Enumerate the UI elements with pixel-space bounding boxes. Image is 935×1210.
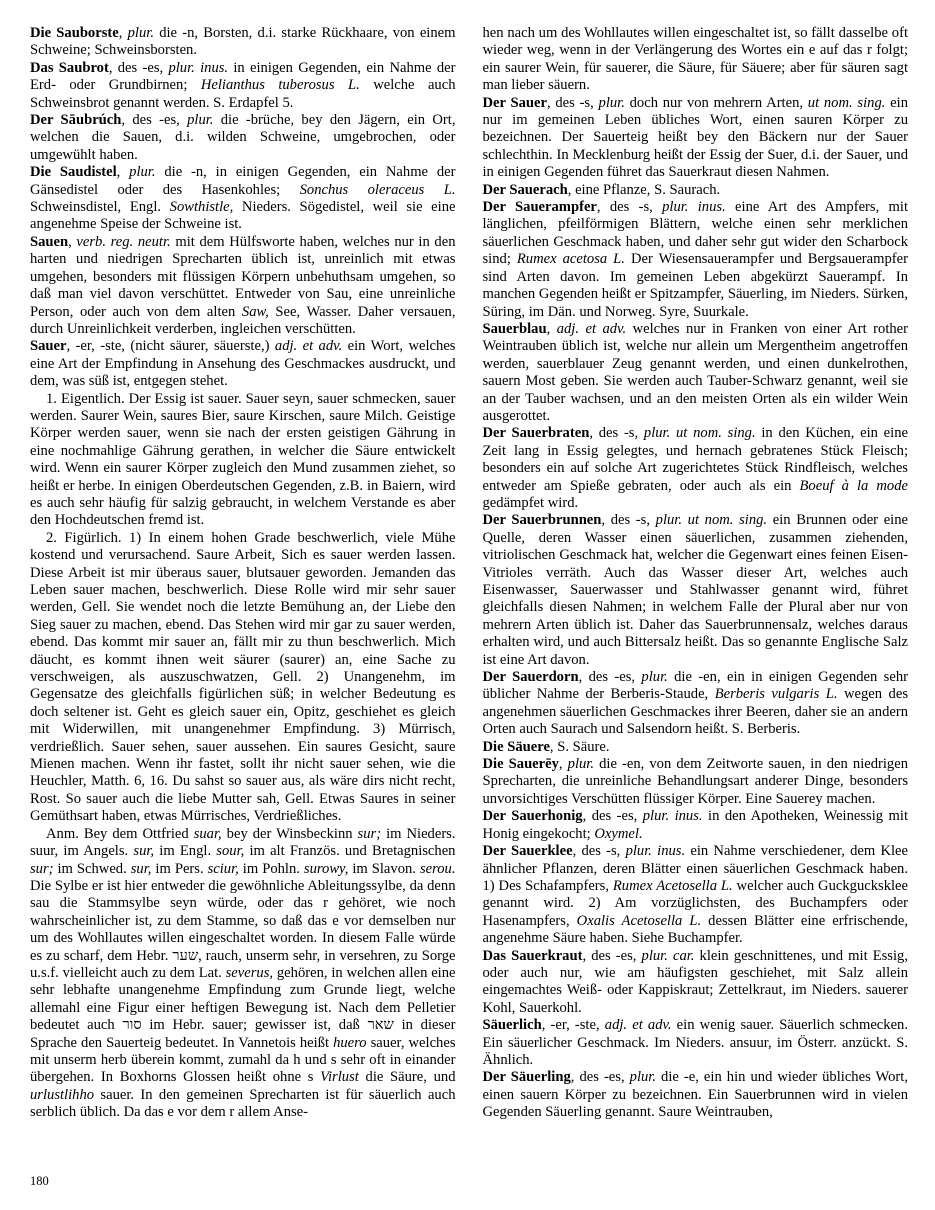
entry-sauer-anmerkung-continued: hen nach um des Wohllautes willen einges… bbox=[483, 25, 909, 95]
entry-sauerhonig: Der Sauerhonig, des -es, plur. inus. in … bbox=[483, 808, 909, 843]
entry-sauerklee: Der Sauerklee, des -s, plur. inus. ein N… bbox=[483, 843, 909, 947]
entry-sauer: Sauer, -er, -ste, (nicht säurer, säuerst… bbox=[30, 338, 456, 390]
entry-sauer-anmerkung: Anm. Bey dem Ottfried suar, bey der Wins… bbox=[30, 826, 456, 1122]
entry-sauerblau: Sauerblau, adj. et adv. welches nur in F… bbox=[483, 321, 909, 425]
entry-sauborste: Die Sauborste, plur. die -n, Borsten, d.… bbox=[30, 25, 456, 60]
entry-saeuerling: Der Säuerling, des -es, plur. die -e, ei… bbox=[483, 1069, 909, 1121]
entry-saubrot: Das Saubrot, des -es, plur. inus. in ein… bbox=[30, 60, 456, 112]
dictionary-page: Die Sauborste, plur. die -n, Borsten, d.… bbox=[0, 0, 935, 1210]
entry-sauer-sense-2: 2. Figürlich. 1) In einem hohen Grade be… bbox=[30, 530, 456, 826]
page-number: 180 bbox=[30, 1174, 49, 1188]
entry-sauerampfer: Der Sauerampfer, des -s, plur. inus. ein… bbox=[483, 199, 909, 321]
two-column-text-block: Die Sauborste, plur. die -n, Borsten, d.… bbox=[30, 25, 908, 1122]
entry-sauerdorn: Der Sauerdorn, des -es, plur. die -en, e… bbox=[483, 669, 909, 739]
entry-saubruch: Der Sāubrúch, des -es, plur. die -brüche… bbox=[30, 112, 456, 164]
entry-der-sauer: Der Sauer, des -s, plur. doch nur von me… bbox=[483, 95, 909, 182]
entry-sauerbrunnen: Der Sauerbrunnen, des -s, plur. ut nom. … bbox=[483, 512, 909, 669]
entry-sauen: Sauen, verb. reg. neutr. mit dem Hülfswo… bbox=[30, 234, 456, 338]
left-column: Die Sauborste, plur. die -n, Borsten, d.… bbox=[30, 25, 456, 1122]
entry-saeuerlich: Säuerlich, -er, -ste, adj. et adv. ein w… bbox=[483, 1017, 909, 1069]
entry-sauere: Die Säuere, S. Säure. bbox=[483, 739, 909, 756]
entry-sauerey: Die Sauerēy, plur. die -en, von dem Zeit… bbox=[483, 756, 909, 808]
entry-sauerbraten: Der Sauerbraten, des -s, plur. ut nom. s… bbox=[483, 425, 909, 512]
entry-saudistel: Die Saudistel, plur. die -n, in einigen … bbox=[30, 164, 456, 234]
entry-sauer-sense-1: 1. Eigentlich. Der Essig ist sauer. Saue… bbox=[30, 391, 456, 530]
right-column: hen nach um des Wohllautes willen einges… bbox=[483, 25, 909, 1122]
entry-sauerach: Der Sauerach, eine Pflanze, S. Saurach. bbox=[483, 182, 909, 199]
entry-sauerkraut: Das Sauerkraut, des -es, plur. car. klei… bbox=[483, 948, 909, 1018]
